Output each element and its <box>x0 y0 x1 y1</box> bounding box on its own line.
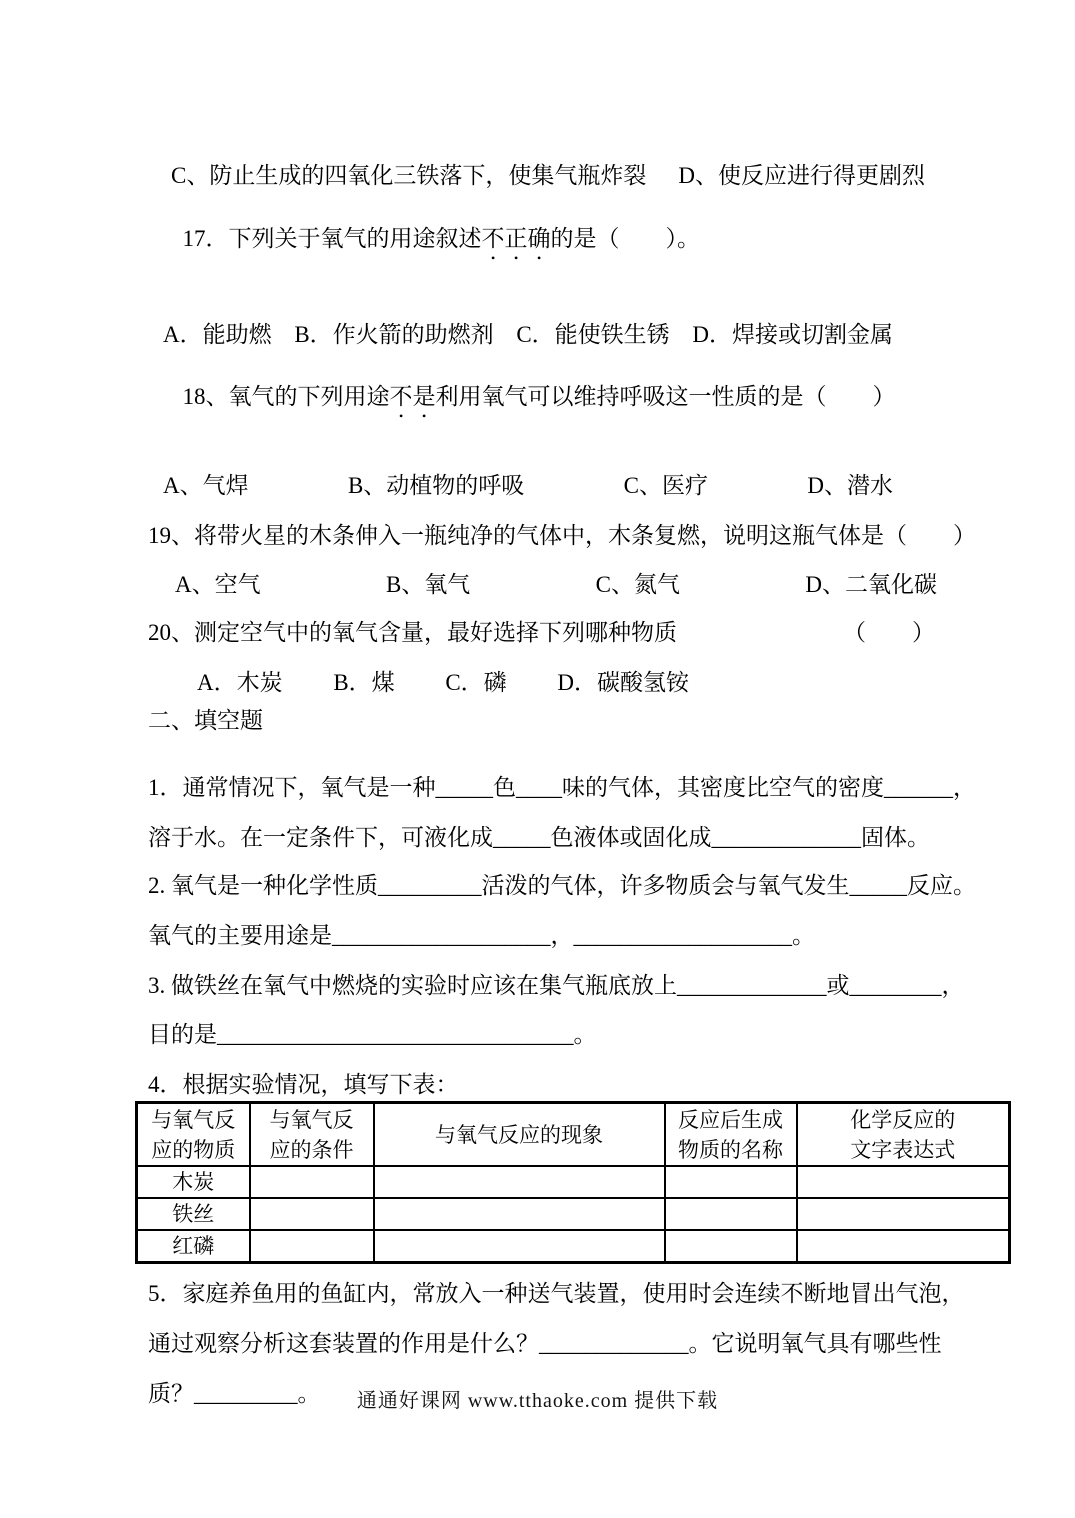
q20-text-line: 20、测定空气中的氧气含量，最好选择下列哪种物质 （ ） <box>148 621 935 645</box>
q18-option-a: A、气焊 <box>163 474 249 498</box>
q20-text: 20、测定空气中的氧气含量，最好选择下列哪种物质 <box>148 621 677 645</box>
table-row-red-phosphorus: 红磷 <box>137 1230 1010 1263</box>
q18-emphasized-word: 不是 <box>390 384 436 409</box>
fill-section-heading: 二、填空题 <box>148 709 1028 733</box>
table-header-word-equation: 化学反应的 文字表达式 <box>797 1103 1010 1167</box>
worksheet-page: C、防止生成的四氧化三铁落下，使集气瓶炸裂 D、使反应进行得更剧烈 17．下列关… <box>0 0 1075 1518</box>
fill-q1-line1: 1．通常情况下，氧气是一种_____色____味的气体，其密度比空气的密度___… <box>148 776 1028 800</box>
table-empty-cell <box>797 1230 1010 1263</box>
table-header-condition: 与氧气反 应的条件 <box>250 1103 374 1167</box>
q17-option-a: A．能助燃 <box>163 323 272 347</box>
reaction-table: 与氧气反 应的物质 与氧气反 应的条件 与氧气反应的现象 反应后生成 物质的名称… <box>135 1101 1011 1264</box>
fill-q2-line2: 氧气的主要用途是___________________，____________… <box>148 924 1028 948</box>
table-row-label: 红磷 <box>137 1230 250 1263</box>
table-empty-cell <box>250 1166 374 1198</box>
table-empty-cell <box>374 1198 665 1230</box>
fill-q3-line1: 3. 做铁丝在氧气中燃烧的实验时应该在集气瓶底放上_____________或_… <box>148 974 1028 998</box>
table-empty-cell <box>665 1198 797 1230</box>
q19-text: 19、将带火星的木条伸入一瓶纯净的气体中，木条复燃，说明这瓶气体是（ ） <box>148 524 1028 548</box>
table-empty-cell <box>374 1230 665 1263</box>
table-row-label: 木炭 <box>137 1166 250 1198</box>
table-empty-cell <box>797 1166 1010 1198</box>
fill-q1-line2: 溶于水。在一定条件下，可液化成_____色液体或固化成_____________… <box>148 826 1028 850</box>
fill-q2-line1: 2. 氧气是一种化学性质_________活泼的气体，许多物质会与氧气发生___… <box>148 874 1028 898</box>
q19-option-a: A、空气 <box>175 573 261 597</box>
table-empty-cell <box>374 1166 665 1198</box>
table-row-charcoal: 木炭 <box>137 1166 1010 1198</box>
q20-options: A．木炭 B．煤 C．磷 D．碳酸氢铵 <box>197 671 689 695</box>
q20-option-a: A．木炭 <box>197 671 283 695</box>
table-header-product-name: 反应后生成 物质的名称 <box>665 1103 797 1167</box>
q18-option-c: C、医疗 <box>624 474 708 498</box>
q18-options: A、气焊 B、动植物的呼吸 C、医疗 D、潜水 <box>163 474 893 498</box>
fill-q3-line2: 目的是_______________________________。 <box>148 1023 1028 1047</box>
q19-option-d: D、二氧化碳 <box>805 573 937 597</box>
q16-option-d: D、使反应进行得更剧烈 <box>678 164 925 188</box>
q17-options: A．能助燃 B．作火箭的助燃剂 C．能使铁生锈 D．焊接或切割金属 <box>163 323 893 347</box>
footer-watermark: 通通好课网 www.tthaoke.com 提供下载 <box>0 1390 1075 1412</box>
table-empty-cell <box>665 1230 797 1263</box>
q17-emphasized-word: 不正确 <box>482 226 551 251</box>
q17-pre: 17．下列关于氧气的用途叙述 <box>183 226 482 251</box>
table-header-substance: 与氧气反 应的物质 <box>137 1103 250 1167</box>
table-header-row: 与氧气反 应的物质 与氧气反 应的条件 与氧气反应的现象 反应后生成 物质的名称… <box>137 1103 1010 1167</box>
q18-pre: 18、氧气的下列用途 <box>183 384 390 409</box>
q20-option-d: D．碳酸氢铵 <box>557 671 689 695</box>
q18-option-b: B、动植物的呼吸 <box>348 474 524 498</box>
q18-post: 利用氧气可以维持呼吸这一性质的是（ ） <box>436 384 896 409</box>
q20-answer-paren: （ ） <box>843 621 935 645</box>
q16-option-c: C、防止生成的四氧化三铁落下，使集气瓶炸裂 <box>171 164 646 188</box>
fill-q5-line1: 5．家庭养鱼用的鱼缸内，常放入一种送气装置，使用时会连续不断地冒出气泡， <box>148 1282 1028 1306</box>
q20-option-c: C．磷 <box>445 671 506 695</box>
q17-option-d: D．焊接或切割金属 <box>692 323 893 347</box>
q17-post: 的是（ ）。 <box>551 226 701 251</box>
fill-q5-line2: 通过观察分析这套装置的作用是什么？_____________。它说明氧气具有哪些… <box>148 1332 1028 1356</box>
table-empty-cell <box>250 1230 374 1263</box>
q17-option-b: B．作火箭的助燃剂 <box>294 323 493 347</box>
q19-options: A、空气 B、氧气 C、氮气 D、二氧化碳 <box>175 573 937 597</box>
q18-text: 18、氧气的下列用途不是利用氧气可以维持呼吸这一性质的是（ ） <box>148 360 1028 447</box>
worksheet-content: C、防止生成的四氧化三铁落下，使集气瓶炸裂 D、使反应进行得更剧烈 17．下列关… <box>148 164 1028 1432</box>
q17-text: 17．下列关于氧气的用途叙述不正确的是（ ）。 <box>148 202 1028 289</box>
q18-option-d: D、潜水 <box>807 474 893 498</box>
table-row-iron-wire: 铁丝 <box>137 1198 1010 1230</box>
table-empty-cell <box>250 1198 374 1230</box>
q19-option-b: B、氧气 <box>386 573 470 597</box>
q17-option-c: C．能使铁生锈 <box>516 323 669 347</box>
table-header-phenomenon: 与氧气反应的现象 <box>374 1103 665 1167</box>
q16-options-cd-line: C、防止生成的四氧化三铁落下，使集气瓶炸裂 D、使反应进行得更剧烈 <box>171 164 925 188</box>
table-empty-cell <box>665 1166 797 1198</box>
q20-option-b: B．煤 <box>333 671 394 695</box>
q19-option-c: C、氮气 <box>596 573 680 597</box>
fill-q4-intro: 4．根据实验情况，填写下表： <box>148 1073 1028 1097</box>
table-empty-cell <box>797 1198 1010 1230</box>
table-row-label: 铁丝 <box>137 1198 250 1230</box>
